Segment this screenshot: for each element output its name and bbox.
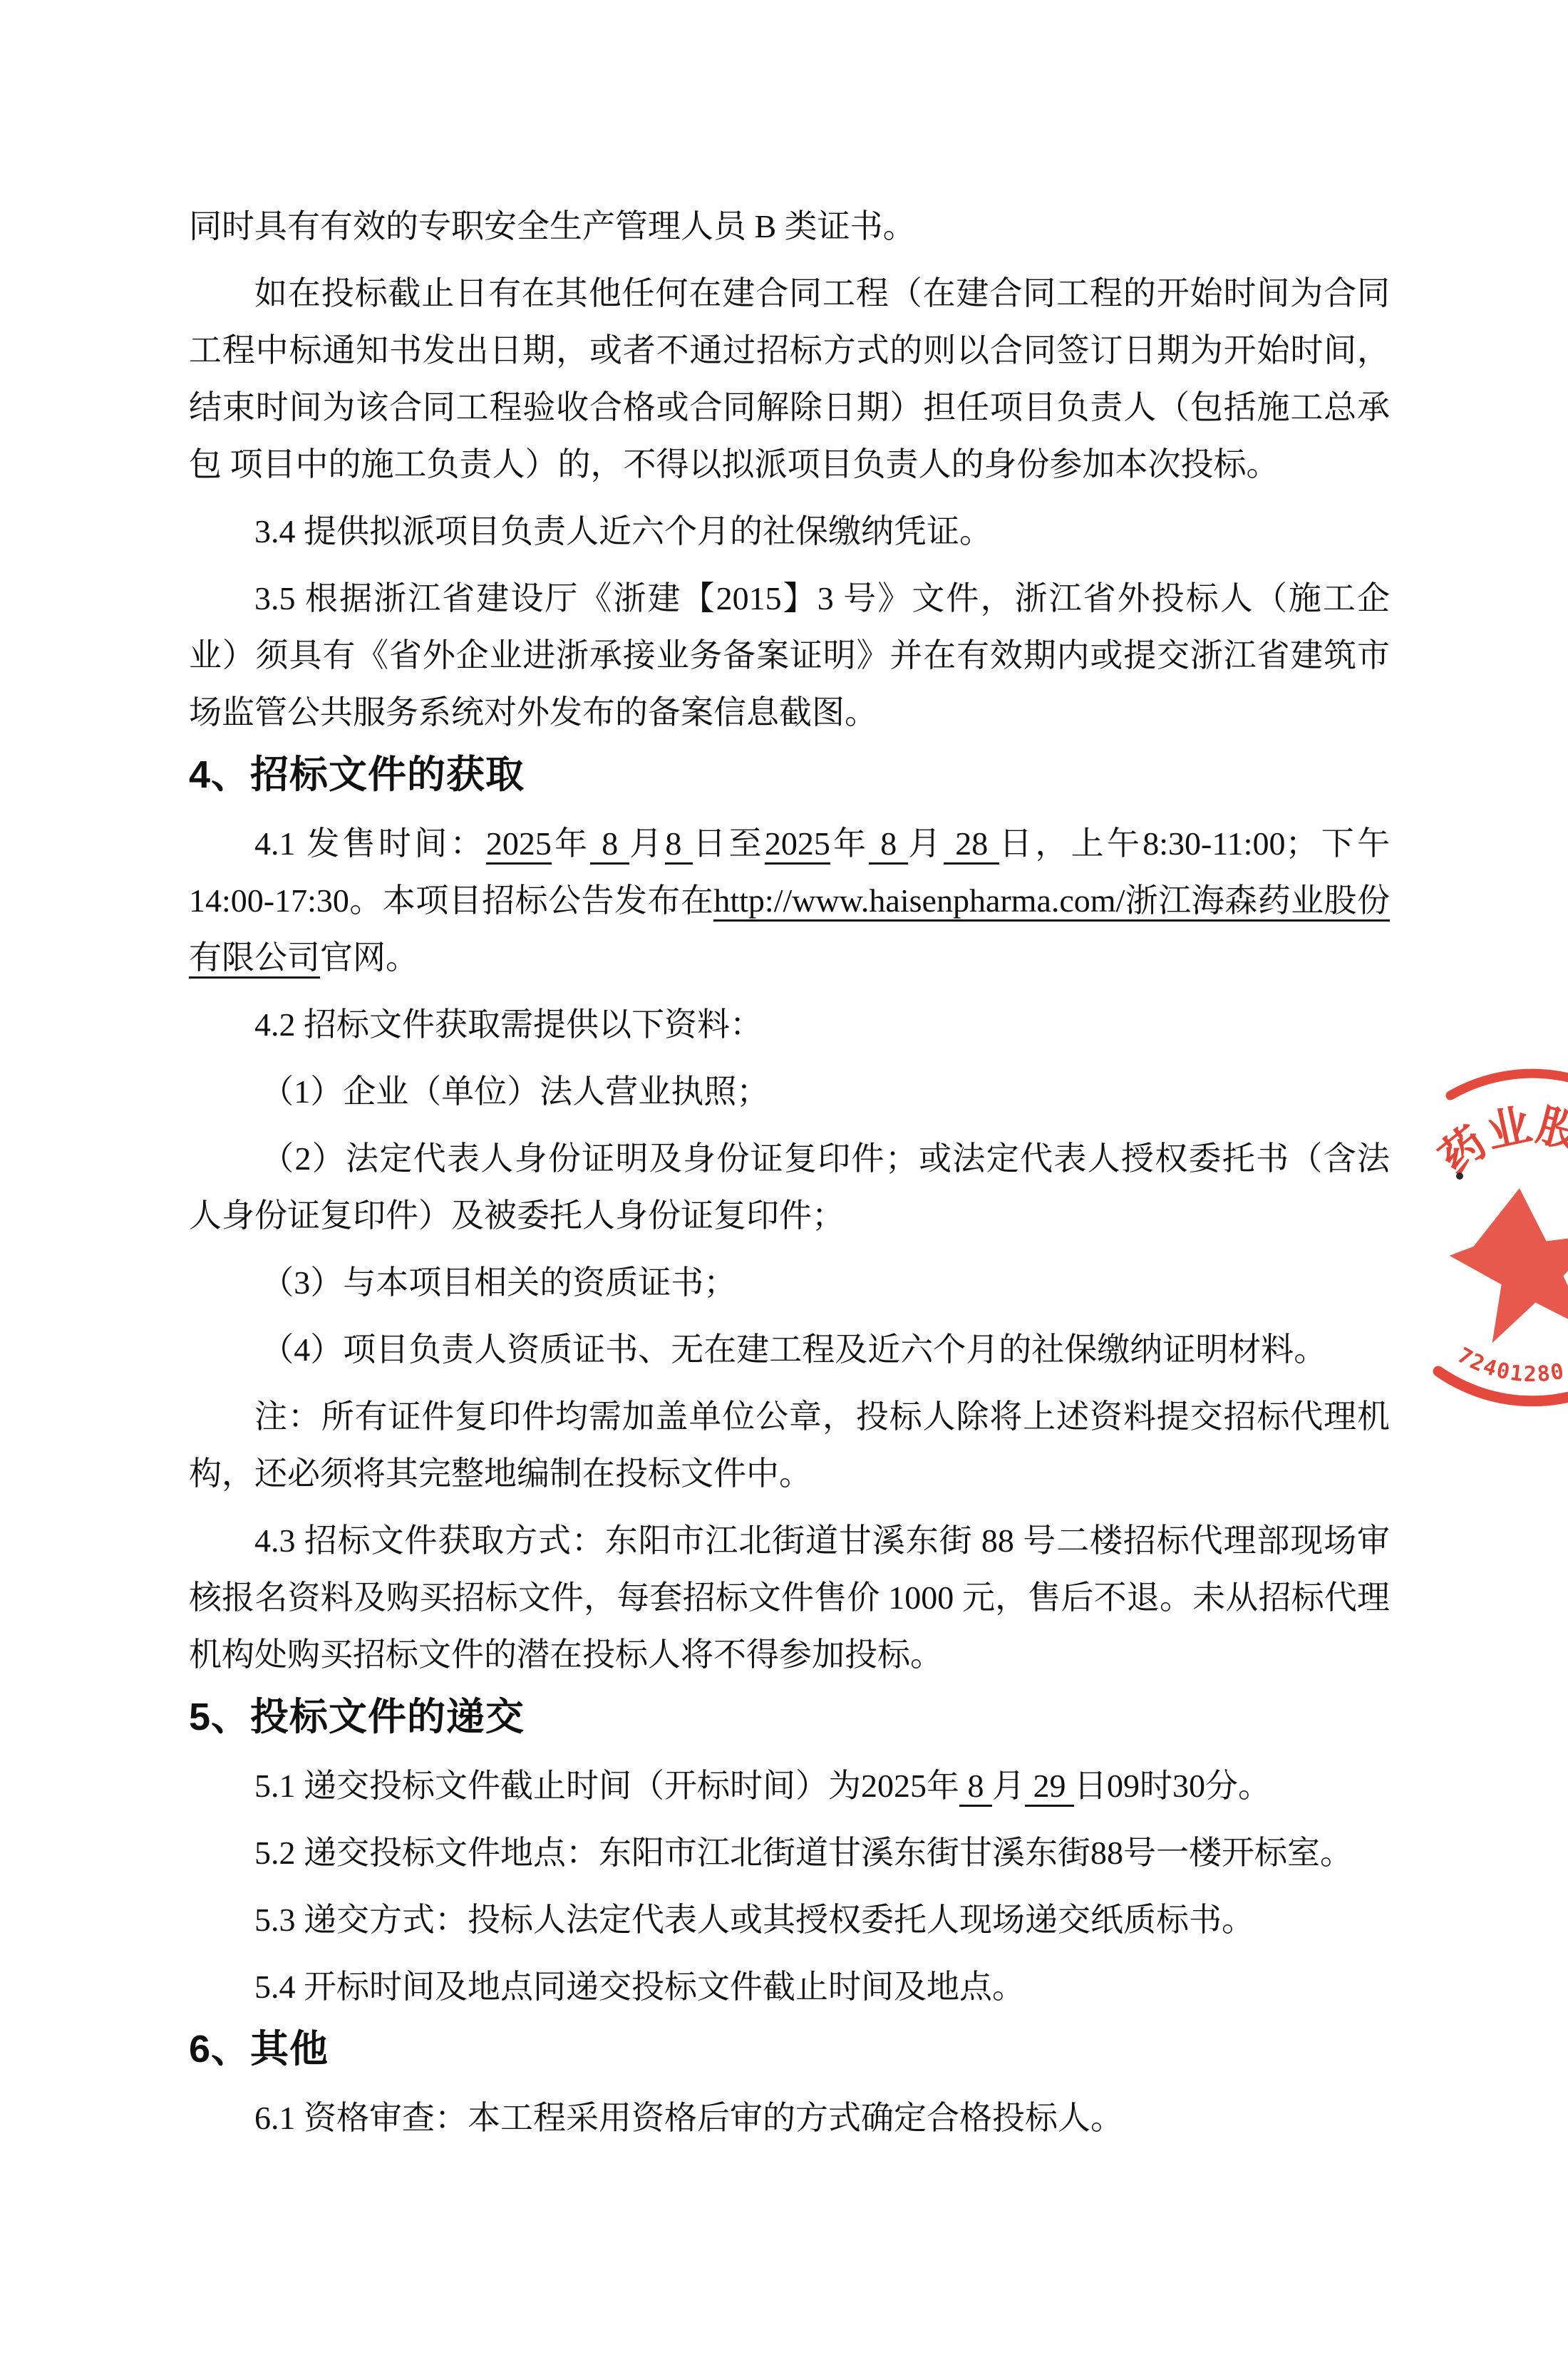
clause-6-1: 6.1 资格审查：本工程采用资格后审的方式确定合格投标人。 bbox=[189, 2090, 1390, 2147]
seal-arc-text-container: 药业股 bbox=[1431, 1101, 1568, 1184]
section-5-heading: 5、投标文件的递交 bbox=[189, 1693, 1390, 1740]
sale-end-month-blank: 8 bbox=[869, 825, 908, 865]
note-paragraph: 注：所有证件复印件均需加盖单位公章，投标人除将上述资料提交招标代理机构，还必须将… bbox=[189, 1388, 1390, 1502]
seal-ring-bottom-arc bbox=[1438, 1371, 1568, 1401]
day-to-chars: 日至 bbox=[693, 825, 765, 862]
document-body: 同时具有有效的专职安全生产管理人员 B 类证书。 如在投标截止日有在其他任何在建… bbox=[189, 198, 1390, 2157]
list-item-3: （3）与本项目相关的资质证书； bbox=[189, 1254, 1390, 1311]
section-6-heading: 6、其他 bbox=[189, 2026, 1390, 2073]
clause-4-3: 4.3 招标文件获取方式：东阳市江北街道甘溪东街 88 号二楼招标代理部现场审核… bbox=[189, 1512, 1390, 1683]
clause-5-1: 5.1 递交投标文件截止时间（开标时间）为2025年 8 月 29 日09时30… bbox=[189, 1758, 1390, 1815]
clause-4-2: 4.2 招标文件获取需提供以下资料： bbox=[189, 996, 1390, 1053]
company-seal: 药业股 72401280 bbox=[1372, 1016, 1568, 1422]
list-item-4: （4）项目负责人资质证书、无在建工程及近六个月的社保缴纳证明材料。 bbox=[189, 1321, 1390, 1378]
list-item-1: （1）企业（单位）法人营业执照； bbox=[189, 1063, 1390, 1120]
month-char-2: 月 bbox=[908, 825, 944, 862]
deadline-day-blank: 29 bbox=[1025, 1768, 1074, 1807]
seal-serial-number: 72401280 bbox=[1453, 1343, 1567, 1387]
seal-ring-top-arc bbox=[1450, 1073, 1568, 1155]
sale-start-year-blank: 2025 bbox=[486, 825, 552, 865]
official-site-suffix: 官网。 bbox=[320, 939, 418, 976]
section-4-heading: 4、招标文件的获取 bbox=[189, 751, 1390, 798]
paragraph-cert-continuation: 同时具有有效的专职安全生产管理人员 B 类证书。 bbox=[189, 198, 1390, 255]
document-page: 同时具有有效的专职安全生产管理人员 B 类证书。 如在投标截止日有在其他任何在建… bbox=[0, 0, 1568, 2362]
seal-arc-text: 药业股 bbox=[1431, 1101, 1568, 1184]
sale-end-year-blank: 2025 bbox=[765, 825, 830, 865]
year-char: 年 bbox=[552, 825, 591, 862]
deadline-time-text: 日09时30分。 bbox=[1074, 1768, 1271, 1804]
month-char-3: 月 bbox=[992, 1768, 1025, 1804]
sale-end-day-blank: 28 bbox=[944, 825, 999, 865]
clause-5-2: 5.2 递交投标文件地点：东阳市江北街道甘溪东街甘溪东街88号一楼开标室。 bbox=[189, 1825, 1390, 1882]
paragraph-in-progress-contracts: 如在投标截止日有在其他任何在建合同工程（在建合同工程的开始时间为合同工程中标通知… bbox=[189, 265, 1390, 493]
month-char: 月 bbox=[629, 825, 665, 862]
sale-start-month-blank: 8 bbox=[590, 825, 629, 865]
clause-3-4: 3.4 提供拟派项目负责人近六个月的社保缴纳凭证。 bbox=[189, 503, 1390, 560]
clause-5-4: 5.4 开标时间及地点同递交投标文件截止时间及地点。 bbox=[189, 1959, 1390, 2016]
sale-start-day-blank: 8 bbox=[665, 825, 693, 865]
ink-speck bbox=[1456, 1172, 1463, 1180]
year-char-2: 年 bbox=[830, 825, 870, 862]
clause-4-1: 4.1 发售时间：2025年 8 月8 日至2025年 8 月 28 日，上午8… bbox=[189, 815, 1390, 986]
deadline-month-blank: 8 bbox=[959, 1768, 992, 1807]
seal-star-icon bbox=[1450, 1188, 1568, 1343]
seal-serial-container: 72401280 bbox=[1453, 1343, 1567, 1387]
clause-3-5: 3.5 根据浙江省建设厅《浙建【2015】3 号》文件，浙江省外投标人（施工企业… bbox=[189, 570, 1390, 741]
list-item-2: （2）法定代表人身份证明及身份证复印件；或法定代表人授权委托书（含法人身份证复印… bbox=[189, 1130, 1390, 1244]
clause-4-1-label: 4.1 发售时间： bbox=[254, 825, 486, 862]
clause-5-1-label: 5.1 递交投标文件截止时间（开标时间）为2025年 bbox=[254, 1768, 959, 1804]
clause-5-3: 5.3 递交方式：投标人法定代表人或其授权委托人现场递交纸质标书。 bbox=[189, 1892, 1390, 1949]
